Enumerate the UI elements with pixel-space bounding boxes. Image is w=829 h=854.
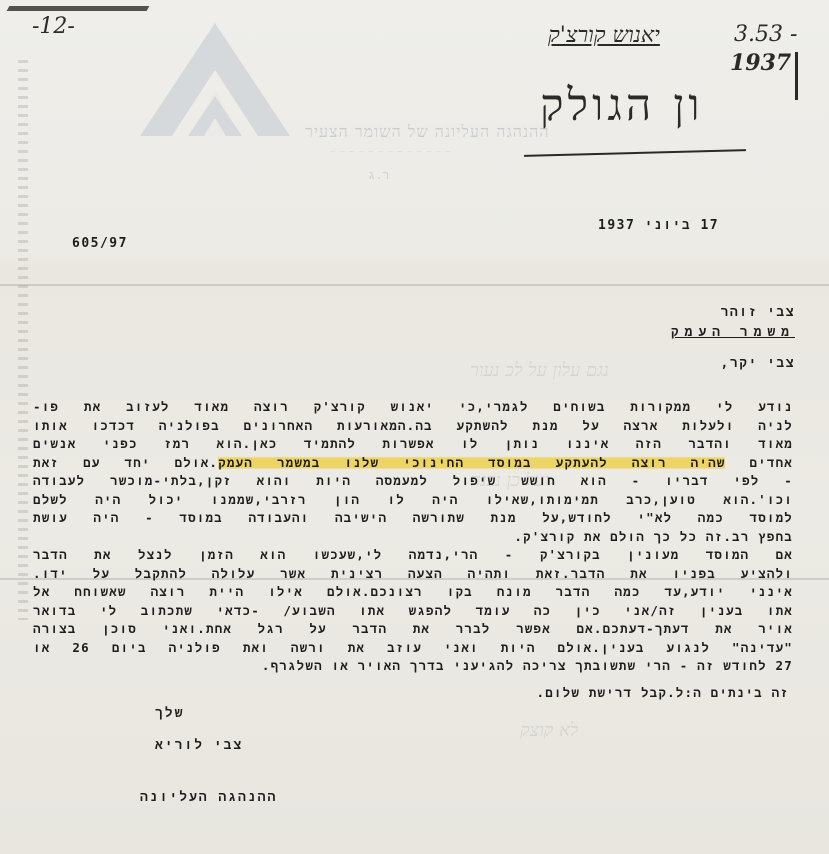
text-line: - לפי דבריו - הוא חושש שיפול למעמסה היות…: [33, 472, 793, 491]
handwritten-signature: ון הגולק: [540, 80, 704, 131]
body-paragraph-2: אם המוסד מעונין בקורצ'ק - הרי,נדמה לי,שע…: [33, 546, 793, 676]
reference-number: 605/97: [72, 236, 128, 251]
text-line: 27 לחודש זה - הרי שתשובתך צריכה להגיעני …: [33, 657, 793, 676]
text-line: זה בינתים ה:ל.קבל דרישת שלום.: [29, 684, 789, 703]
letter-date: 17 ביוני 1937: [598, 218, 719, 233]
closing: שלך: [155, 706, 184, 721]
bleedthrough-text: לא קוצק: [520, 720, 578, 741]
scan-edge-mark: [7, 6, 150, 11]
body-paragraph-3: זה בינתים ה:ל.קבל דרישת שלום.: [29, 684, 789, 703]
signature-underline: [524, 149, 746, 157]
recipient-place: משמר העמק: [671, 325, 795, 340]
handwritten-title: יאנוש קורצ'ק: [548, 22, 660, 48]
text-line: לניה ולעלות ארצה על מנת להשתקע בה.המאורע…: [33, 417, 793, 436]
text-line: למוסד כמה לא"י לחודש,על מנת שתורשה הישיב…: [33, 509, 793, 528]
letterhead-mark: ר.ג: [368, 168, 390, 183]
page-number: -12-: [32, 14, 75, 39]
signer-name: צבי לוריא: [155, 738, 243, 753]
handwritten-year: 1937: [730, 50, 791, 76]
text-line: אחדים שהיה רוצה להעתקע במוסד החינוכי שלנ…: [33, 454, 793, 473]
text-line: אינני יודע,עד כמה הדבר מונח בקו רצונכם.א…: [33, 583, 793, 602]
body-paragraph-1: נודע לי ממקורות בשוחים לגמרי,כי יאנוש קו…: [33, 398, 793, 546]
paper-fold: [0, 284, 829, 286]
handwritten-archive-code: 3.53 -: [734, 22, 797, 47]
text-line: אתו בענין זה/אני כין כה עומד להפגש אתו ה…: [33, 602, 793, 621]
text-line: וכו'.הוא טוען,כרב תמימותו,שאילו היה לו ה…: [33, 491, 793, 510]
recipient-name: צבי זוהר: [721, 305, 795, 320]
text-line: אויר את דעתך-דעתכם.אם אפשר לברר את הדבר …: [33, 620, 793, 639]
scan-edge-noise: [18, 60, 28, 620]
document-page: ההנהגה העליונה של השומר הצעיר — — — — — …: [0, 0, 829, 854]
bracket-mark: [795, 52, 802, 100]
text-line: מאוד והדבר הזה איננו נותן לו אפשרות להתמ…: [33, 435, 793, 454]
text-line: "עדינה" לנגוע בענין.אולם היות ואני עוזב …: [33, 639, 793, 658]
letterhead-subline: — — — — — — — — — — — — —: [330, 147, 450, 156]
letterhead-logo-icon: [130, 18, 300, 138]
text-line: בחפץ רב.זה כל כך הולם את קורצ'ק.: [33, 528, 793, 547]
text-line: נודע לי ממקורות בשוחים לגמרי,כי יאנוש קו…: [33, 398, 793, 417]
bleedthrough-text: נגם עלון על לכ נעור: [470, 360, 609, 381]
highlighted-text: שהיה רוצה להעתקע במוסד החינוכי שלנו במשמ…: [218, 455, 725, 470]
letterhead-org-name: ההנהגה העליונה של השומר הצעיר: [305, 122, 550, 142]
signer-organization: ההנהגה העליונה: [140, 790, 277, 805]
salutation: צבי יקר,: [721, 356, 795, 371]
text-line: אם המוסד מעונין בקורצ'ק - הרי,נדמה לי,שע…: [33, 546, 793, 565]
text-line: ולהציע בפניו את הדבר.זאת ותהיה הצעה רצינ…: [33, 565, 793, 584]
